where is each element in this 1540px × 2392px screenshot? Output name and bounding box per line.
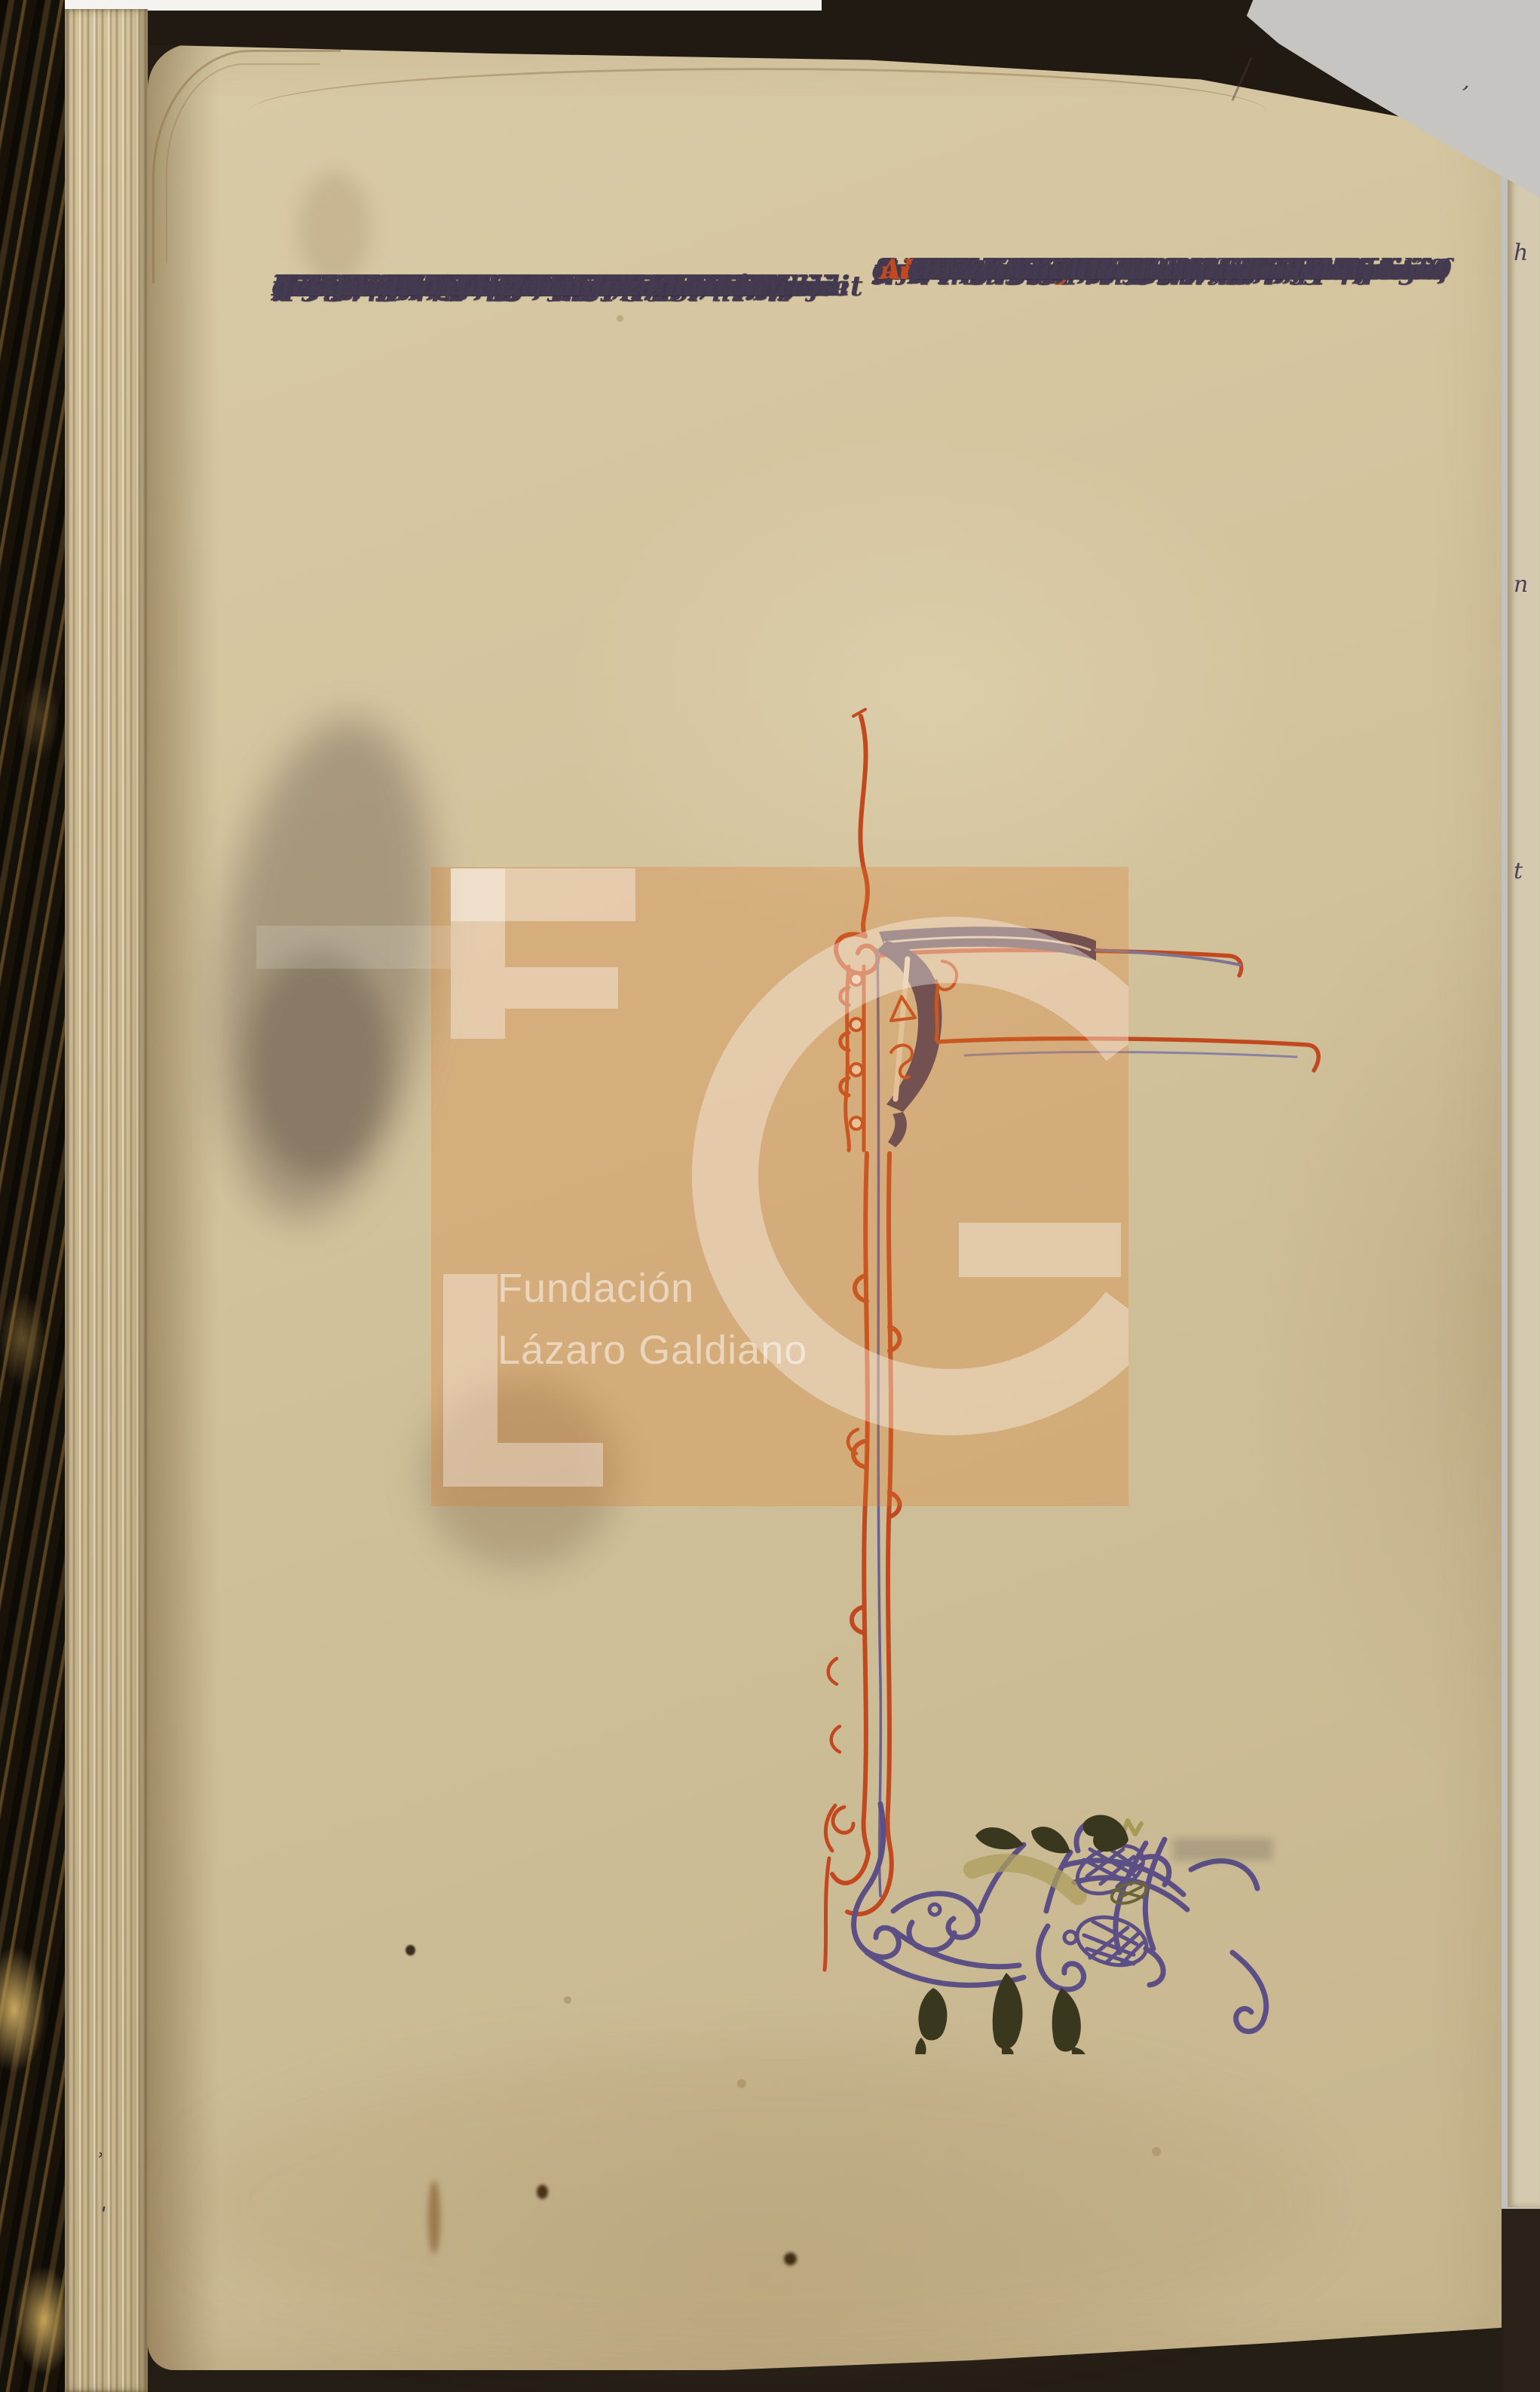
manuscript-page [148, 44, 1502, 2370]
facing-page-glyph: t [1514, 858, 1523, 884]
lower-margin-mark: ʾ [96, 2150, 103, 2173]
facing-page-glyph: n [1514, 571, 1528, 598]
lower-margin-mark: ˌ [101, 2192, 106, 2215]
page-gutter-shadow [148, 44, 219, 2370]
facing-page-glyph: h [1514, 240, 1528, 266]
manuscript-photo: h n t Locut9 ē dnſ ad hōiem dicens. de ō… [0, 0, 1540, 2392]
scan-edge-sliver [60, 0, 822, 11]
manuscript-line: x9 7 ecclia in una ſpūali uolūtate. [873, 247, 908, 294]
marbled-cover-edge [0, 0, 65, 2392]
graphite-smudge [1173, 1838, 1272, 1861]
page-stack-edges [65, 9, 148, 2392]
page-top-edge-curve [249, 68, 1266, 188]
facing-page-edge: h n t [1508, 179, 1540, 2207]
backdrop-bottom-right [1502, 2209, 1540, 2392]
